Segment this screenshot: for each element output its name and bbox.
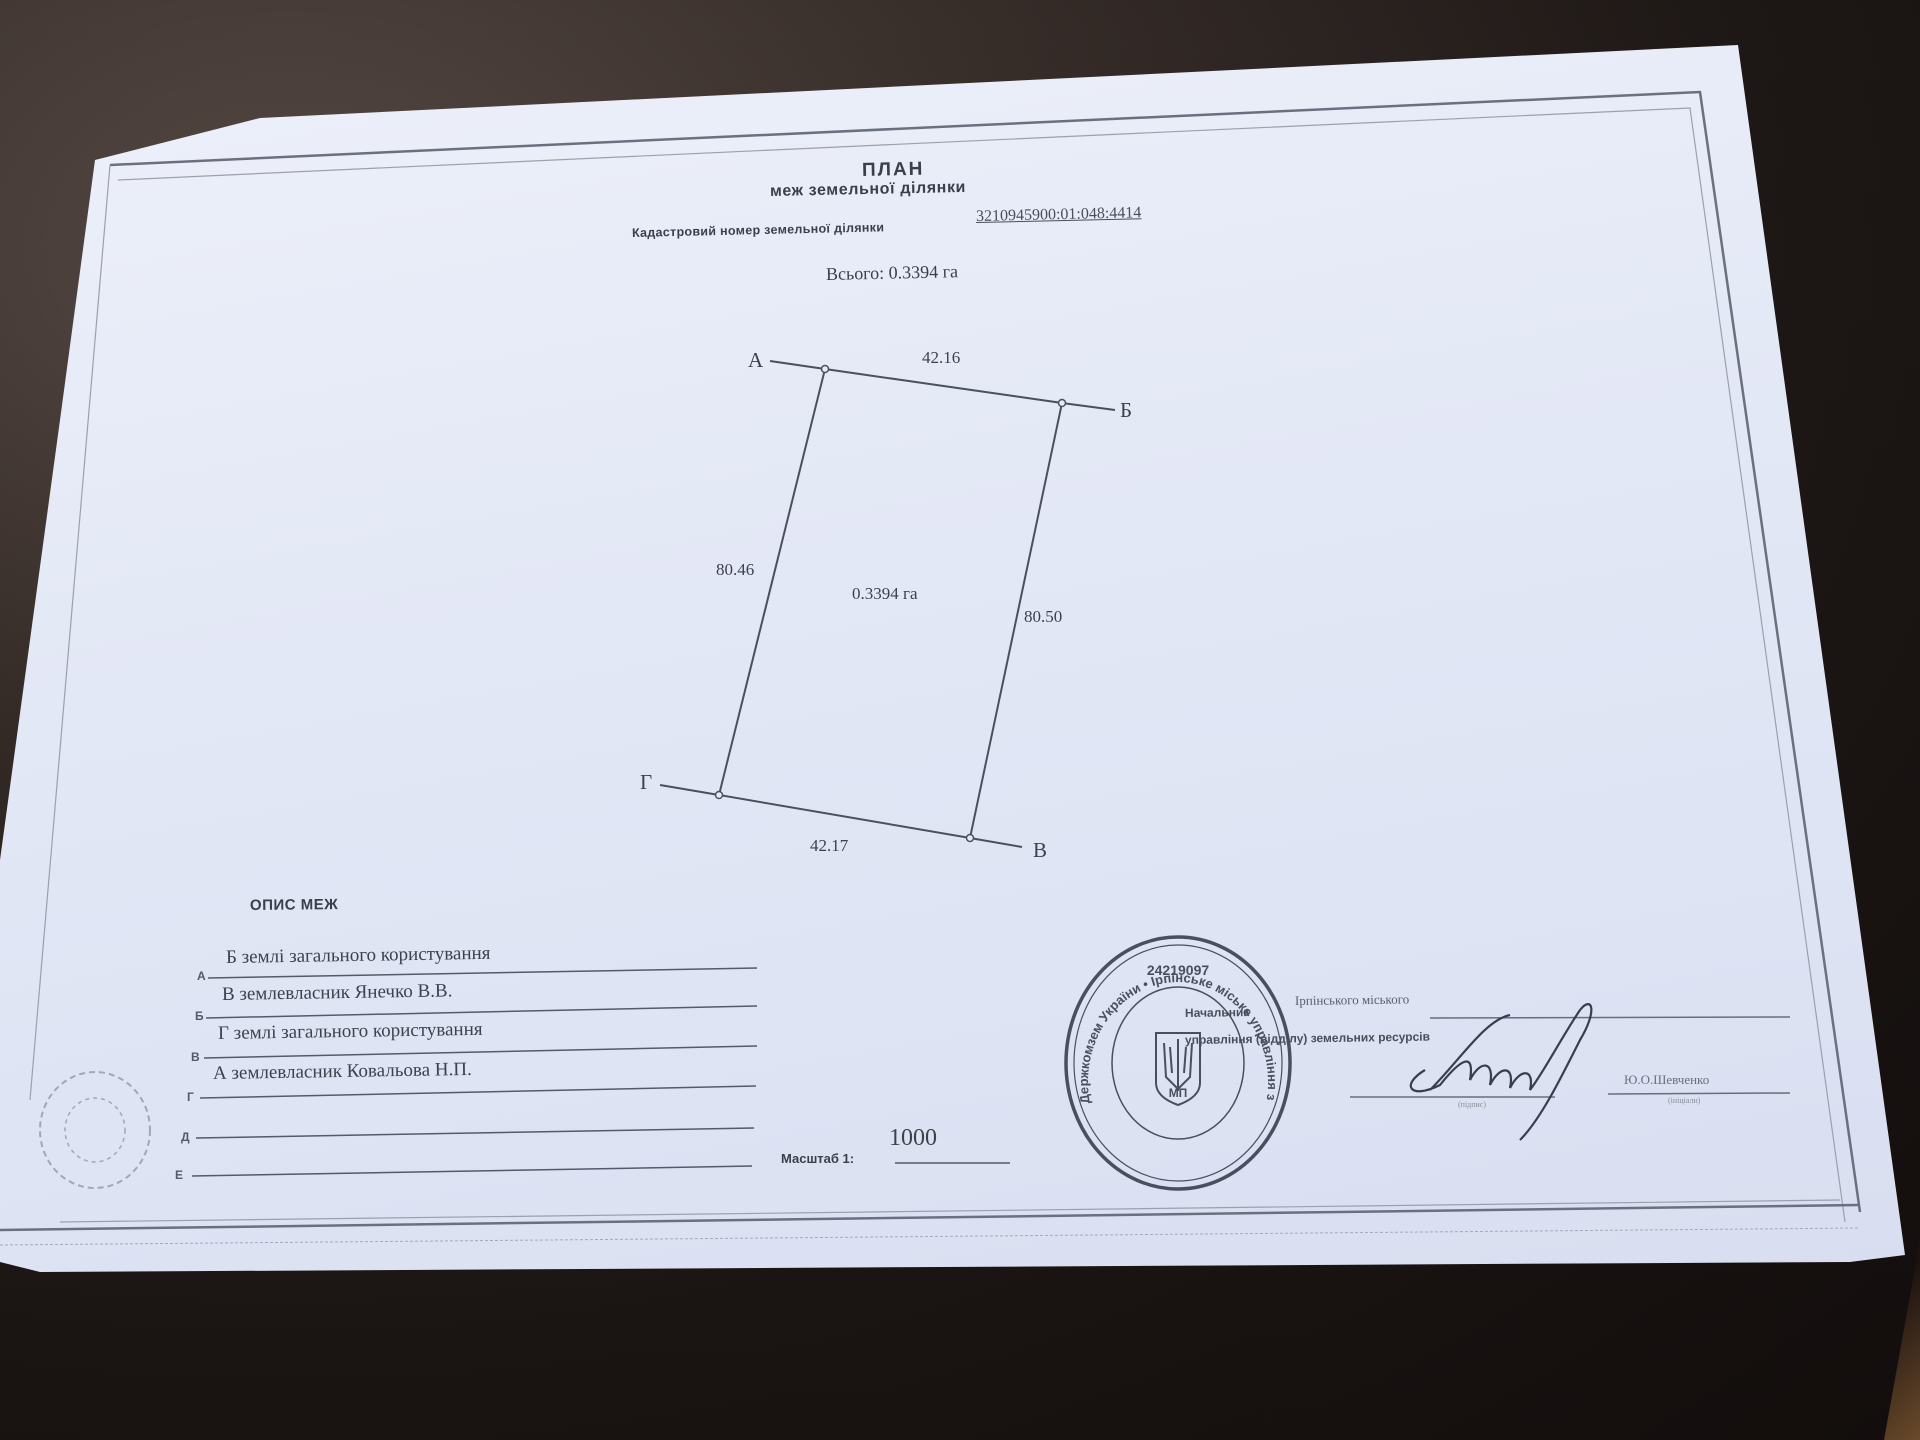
row-letter-g: Г — [187, 1090, 194, 1104]
frame-bottom-outer — [0, 1228, 1860, 1245]
vertex-label-b: Б — [1120, 398, 1132, 423]
handwritten-signature — [1411, 1004, 1592, 1140]
plot-area-label: 0.3394 га — [852, 584, 918, 604]
vertex-g-marker — [716, 792, 723, 799]
vertex-label-v: В — [1033, 838, 1047, 863]
boundary-description-title: ОПИС МЕЖ — [250, 896, 338, 914]
boundary-row-v: Г землі загального користування — [218, 1019, 483, 1045]
boundary-row-b: В землевласник Янечко В.В. — [222, 980, 453, 1006]
vertex-a-marker — [822, 366, 829, 373]
extension-line-a — [770, 361, 825, 369]
extension-line-g — [660, 785, 719, 795]
scale-value: 1000 — [889, 1125, 937, 1152]
document-title: ПЛАН — [862, 159, 925, 182]
signature-position: Начальник — [1185, 1005, 1250, 1020]
extension-line-v — [970, 838, 1022, 847]
frame-bottom-inner — [60, 1200, 1840, 1222]
signatory-name: Ю.О.Шевченко — [1624, 1072, 1709, 1088]
row-letter-v: В — [191, 1050, 200, 1064]
official-stamp: МП Держкомзем України • Ірпінське міське… — [1066, 937, 1290, 1189]
frame-bottom — [0, 1205, 1858, 1230]
cadastral-number: 3210945900:01:048:4414 — [976, 204, 1142, 226]
frame-left — [30, 165, 110, 1100]
vertex-v-marker — [967, 835, 974, 842]
plot-diagram — [660, 361, 1115, 847]
signature-caption: (підпис) — [1458, 1100, 1486, 1109]
stamp-code: 24219097 — [1147, 962, 1210, 978]
signature-org-line1: Ірпінського міського — [1295, 991, 1409, 1009]
document-drawing: МП Держкомзем України • Ірпінське міське… — [0, 0, 1920, 1440]
total-area: Всього: 0.3394 га — [826, 261, 958, 285]
stamp-center: МП — [1169, 1086, 1188, 1100]
land-plot-plan: МП Держкомзем України • Ірпінське міське… — [0, 0, 1920, 1440]
row-letter-d: Д — [181, 1130, 190, 1144]
faint-stamp-left — [40, 1072, 150, 1188]
page-frame — [110, 92, 1860, 1212]
row-letter-a: А — [197, 969, 206, 983]
boundary-row-g: А землевласник Ковальова Н.П. — [213, 1059, 472, 1085]
boundary-row-a: Б землі загального користування — [226, 943, 491, 969]
row-letter-b: Б — [195, 1009, 204, 1023]
side-length-ga: 80.46 — [716, 560, 754, 580]
name-line — [1608, 1093, 1790, 1094]
vertex-label-g: Г — [640, 770, 652, 795]
row-letter-e: Е — [175, 1168, 183, 1182]
signature-org-line — [1430, 1017, 1790, 1018]
extension-line-b — [1062, 403, 1115, 410]
vertex-label-a: А — [748, 348, 763, 373]
side-length-vg: 42.17 — [810, 836, 848, 856]
signatory-name-caption: (ініціали) — [1668, 1096, 1700, 1105]
scale-label: Масштаб 1: — [781, 1151, 854, 1166]
side-length-bv: 80.50 — [1024, 607, 1062, 627]
side-length-ab: 42.16 — [922, 348, 960, 368]
vertex-b-marker — [1059, 400, 1066, 407]
